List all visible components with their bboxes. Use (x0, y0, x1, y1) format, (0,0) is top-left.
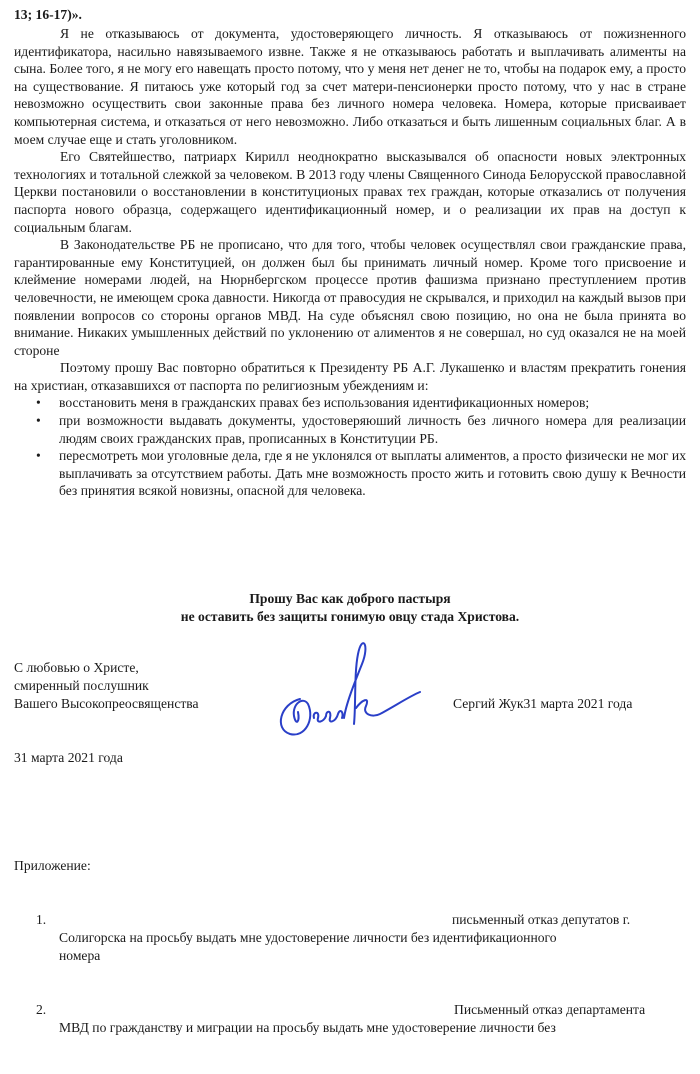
bullet-icon: • (36, 394, 41, 412)
paragraph-request: Поэтому прошу Вас повторно обратиться к … (14, 359, 686, 394)
request-list: •восстановить меня в гражданских правах … (14, 394, 686, 500)
list-item: •при возможности выдавать документы, удо… (14, 412, 686, 447)
closing-line-2: смиренный послушник (14, 677, 149, 695)
list-item: •восстановить меня в гражданских правах … (14, 394, 686, 412)
plea-line-1: Прошу Вас как доброго пастыря (0, 590, 700, 608)
document-page: 13; 16-17)». Я не отказываюсь от докумен… (0, 0, 700, 1074)
signature-image (270, 634, 450, 744)
reference-citation: 13; 16-17)». (14, 7, 82, 23)
attachment-1-first: письменный отказ депутатов г. (452, 911, 630, 929)
attachment-2-first: Письменный отказ департамента (454, 1001, 645, 1019)
list-item: •пересмотреть мои уголовные дела, где я … (14, 447, 686, 500)
attachment-2-number: 2. (36, 1001, 46, 1019)
bullet-icon: • (36, 447, 41, 465)
attachments-title: Приложение: (14, 857, 91, 875)
letter-date: 31 марта 2021 года (14, 749, 123, 767)
attachment-1-rest2: номера (59, 947, 100, 965)
attachment-1-number: 1. (36, 911, 46, 929)
plea-line-2: не оставить без защиты гонимую овцу стад… (0, 608, 700, 626)
paragraph-patriarch: Его Святейшество, патриарх Кирилл неодно… (14, 148, 686, 236)
body-text: Я не отказываюсь от документа, удостовер… (14, 25, 686, 500)
attachment-1-rest: Солигорска на просьбу выдать мне удостов… (59, 929, 557, 947)
attachment-2-rest: МВД по гражданству и миграции на просьбу… (59, 1019, 556, 1037)
paragraph-refusal: Я не отказываюсь от документа, удостовер… (14, 25, 686, 148)
closing-line-3: Вашего Высокопреосвященства (14, 695, 199, 713)
bullet-icon: • (36, 412, 41, 430)
paragraph-legislation: В Законодательстве РБ не прописано, что … (14, 236, 686, 359)
closing-line-1: С любовью о Христе, (14, 659, 139, 677)
signer-name-date: Сергий Жук31 марта 2021 года (453, 695, 632, 713)
